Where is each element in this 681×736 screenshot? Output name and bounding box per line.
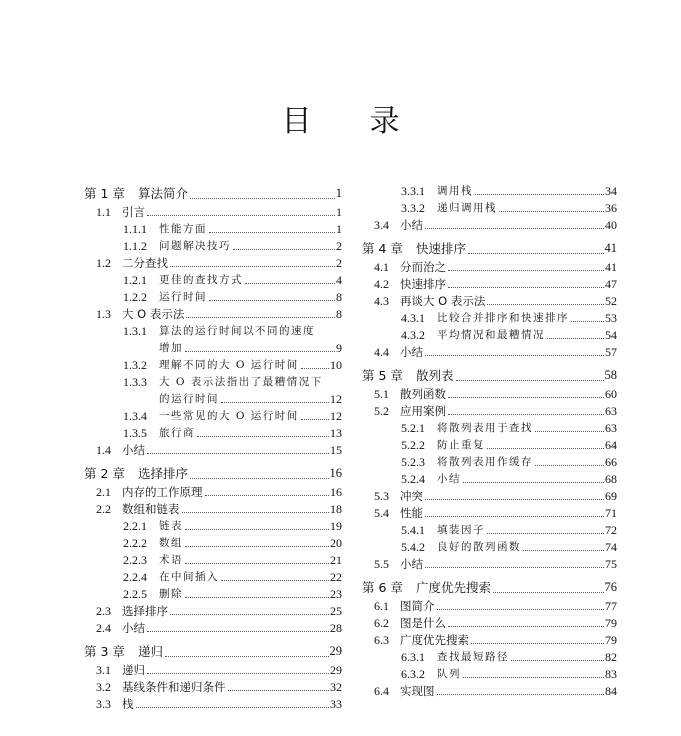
entry-title: 算法的运行时间以不同的速度 xyxy=(159,323,315,340)
page-number: 20 xyxy=(330,535,342,552)
page-number: 34 xyxy=(605,183,617,200)
toc-section[interactable]: 3.1递归29 xyxy=(84,662,342,679)
toc-subsection[interactable]: 3.3.2递归调用栈36 xyxy=(362,200,617,217)
toc-subsection[interactable]: 5.4.2良好的散列函数74 xyxy=(362,539,617,556)
entry-number: 1.3.1 xyxy=(84,323,159,340)
entry-number: 5.5 xyxy=(362,556,400,573)
entry-title: 查找最短路径 xyxy=(437,649,509,666)
entry-title: 再谈大 O 表示法 xyxy=(400,293,485,310)
page-number: 16 xyxy=(330,484,342,501)
entry-number: 1.1 xyxy=(84,204,122,221)
dot-leader xyxy=(425,228,604,229)
dot-leader xyxy=(190,198,335,199)
page-number: 74 xyxy=(605,539,617,556)
dot-leader xyxy=(463,677,604,678)
dot-leader xyxy=(511,660,604,661)
entry-title: 将散列表用于查找 xyxy=(437,420,533,437)
toc-section[interactable]: 3.2基线条件和递归条件32 xyxy=(84,679,342,696)
entry-title: 一些常见的大 O 运行时间 xyxy=(159,408,299,425)
entry-number: 第 5 章 xyxy=(362,365,416,386)
dot-leader xyxy=(487,533,604,534)
entry-title: 性能 xyxy=(400,505,423,522)
entry-title: 算法简介 xyxy=(138,183,188,204)
entry-number: 1.3.4 xyxy=(84,408,159,425)
dot-leader xyxy=(165,656,328,657)
entry-title: 良好的散列函数 xyxy=(437,539,521,556)
toc-subsection[interactable]: 2.2.4在中间插入22 xyxy=(84,569,342,586)
entry-number: 3.2 xyxy=(84,679,122,696)
page-number: 12 xyxy=(330,391,342,408)
dot-leader xyxy=(425,516,604,517)
dot-leader xyxy=(221,580,329,581)
page-number: 1 xyxy=(336,183,342,204)
dot-leader xyxy=(185,597,329,598)
dot-leader xyxy=(475,194,604,195)
entry-title-continued: 的运行时间 xyxy=(159,391,219,408)
toc-subsection[interactable]: 4.3.2平均情况和最糟情况54 xyxy=(362,327,617,344)
page-number: 52 xyxy=(605,293,617,310)
entry-number: 5.2.3 xyxy=(362,454,437,471)
toc-subsection[interactable]: 1.3.4一些常见的大 O 运行时间12 xyxy=(84,408,342,425)
toc-entry-line2[interactable]: 增加9 xyxy=(84,340,342,357)
entry-title: 散列函数 xyxy=(400,386,446,403)
entry-title: 快速排序 xyxy=(416,238,466,259)
toc-section[interactable]: 1.1引言1 xyxy=(84,204,342,221)
toc-subsection[interactable]: 2.2.3术语21 xyxy=(84,552,342,569)
entry-number: 1.3.3 xyxy=(84,374,159,391)
page-number: 41 xyxy=(605,259,617,276)
dot-leader xyxy=(301,368,329,369)
page-number: 66 xyxy=(605,454,617,471)
entry-number: 第 2 章 xyxy=(84,463,138,484)
entry-title: 理解不同的大 O 运行时间 xyxy=(159,357,299,374)
dot-leader xyxy=(487,448,604,449)
entry-number: 2.1 xyxy=(84,484,122,501)
toc-section[interactable]: 5.1散列函数60 xyxy=(362,386,617,403)
page-number: 40 xyxy=(605,217,617,234)
dot-leader xyxy=(147,673,329,674)
toc-section[interactable]: 3.3栈33 xyxy=(84,696,342,713)
page-number: 16 xyxy=(330,463,343,484)
page-number: 18 xyxy=(330,501,342,518)
dot-leader xyxy=(523,550,604,551)
entry-number: 5.4.1 xyxy=(362,522,437,539)
toc-section[interactable]: 1.3大 O 表示法8 xyxy=(84,306,342,323)
entry-number: 6.2 xyxy=(362,615,400,632)
dot-leader xyxy=(301,419,329,420)
toc-section[interactable]: 2.4小结28 xyxy=(84,620,342,637)
dot-leader xyxy=(448,626,604,627)
dot-leader xyxy=(493,592,603,593)
entry-title: 防止重复 xyxy=(437,437,485,454)
entry-title: 实现图 xyxy=(400,683,435,700)
dot-leader xyxy=(147,631,329,632)
entry-title: 运行时间 xyxy=(159,289,207,306)
toc-chapter[interactable]: 第 2 章选择排序16 xyxy=(84,463,342,484)
page-number: 9 xyxy=(336,340,342,357)
entry-number: 1.1.1 xyxy=(84,221,159,238)
toc-section[interactable]: 1.4小结15 xyxy=(84,442,342,459)
entry-title: 分而治之 xyxy=(400,259,446,276)
entry-title: 调用栈 xyxy=(437,183,473,200)
toc-subsection[interactable]: 1.3.2理解不同的大 O 运行时间10 xyxy=(84,357,342,374)
page-number: 84 xyxy=(605,683,617,700)
toc-section[interactable]: 5.4性能71 xyxy=(362,505,617,522)
toc-entry-line1[interactable]: 1.3.1算法的运行时间以不同的速度 xyxy=(84,323,342,340)
entry-title: 大 O 表示法指出了最糟情况下 xyxy=(159,374,323,391)
entry-title: 旅行商 xyxy=(159,425,195,442)
dot-leader xyxy=(185,529,329,530)
toc-subsection[interactable]: 1.2.2运行时间8 xyxy=(84,289,342,306)
dot-leader xyxy=(471,643,604,644)
toc-subsection[interactable]: 1.1.1性能方面1 xyxy=(84,221,342,238)
dot-leader xyxy=(209,232,335,233)
entry-title: 图简介 xyxy=(400,598,435,615)
page-number: 25 xyxy=(330,603,342,620)
dot-leader xyxy=(499,211,604,212)
entry-number: 6.4 xyxy=(362,683,400,700)
dot-leader xyxy=(185,351,335,352)
entry-title: 广度优先搜索 xyxy=(400,632,469,649)
entry-number: 4.1 xyxy=(362,259,400,276)
page-number: 69 xyxy=(605,488,617,505)
page-number: 60 xyxy=(605,386,617,403)
page-number: 33 xyxy=(330,696,342,713)
toc-subsection[interactable]: 2.2.2数组20 xyxy=(84,535,342,552)
page-number: 36 xyxy=(605,200,617,217)
dot-leader xyxy=(209,300,335,301)
dot-leader xyxy=(448,287,604,288)
dot-leader xyxy=(186,317,335,318)
entry-number: 1.2.2 xyxy=(84,289,159,306)
page-number: 13 xyxy=(330,425,342,442)
entry-number: 1.2 xyxy=(84,255,122,272)
entry-title: 栈 xyxy=(122,696,134,713)
entry-title: 冲突 xyxy=(400,488,423,505)
page-number: 82 xyxy=(605,649,617,666)
page-number: 21 xyxy=(330,552,342,569)
entry-title: 基线条件和递归条件 xyxy=(122,679,226,696)
page-number: 72 xyxy=(605,522,617,539)
page-number: 47 xyxy=(605,276,617,293)
toc-entry-line1[interactable]: 1.3.3大 O 表示法指出了最糟情况下 xyxy=(84,374,342,391)
toc-chapter[interactable]: 第 4 章快速排序41 xyxy=(362,238,617,259)
entry-number: 4.3 xyxy=(362,293,400,310)
toc-subsection[interactable]: 5.2.3将散列表用作缓存66 xyxy=(362,454,617,471)
toc-subsection[interactable]: 1.3.5旅行商13 xyxy=(84,425,342,442)
page-number: 1 xyxy=(336,221,342,238)
entry-number: 4.4 xyxy=(362,344,400,361)
dot-leader xyxy=(448,414,604,415)
page-number: 79 xyxy=(605,615,617,632)
entry-title: 小结 xyxy=(400,217,423,234)
entry-title: 选择排序 xyxy=(122,603,168,620)
page-number: 4 xyxy=(336,272,342,289)
dot-leader xyxy=(463,482,604,483)
entry-title: 比较合并排序和快速排序 xyxy=(437,310,569,327)
dot-leader xyxy=(170,266,335,267)
dot-leader xyxy=(190,478,328,479)
page-number: 2 xyxy=(336,255,342,272)
dot-leader xyxy=(136,707,330,708)
toc-subsection[interactable]: 5.4.1填装因子72 xyxy=(362,522,617,539)
page-number: 63 xyxy=(605,403,617,420)
toc-subsection[interactable]: 5.2.1将散列表用于查找63 xyxy=(362,420,617,437)
toc-subsection[interactable]: 1.1.2问题解决技巧2 xyxy=(84,238,342,255)
dot-leader xyxy=(425,355,604,356)
entry-number: 第 3 章 xyxy=(84,641,138,662)
toc-section[interactable]: 5.5小结75 xyxy=(362,556,617,573)
toc-section[interactable]: 1.2二分查找2 xyxy=(84,255,342,272)
page-number: 8 xyxy=(336,306,342,323)
entry-title: 填装因子 xyxy=(437,522,485,539)
page-number: 76 xyxy=(605,577,618,598)
page-number: 63 xyxy=(605,420,617,437)
toc-section[interactable]: 6.3广度优先搜索79 xyxy=(362,632,617,649)
toc-entry-line2[interactable]: 的运行时间12 xyxy=(84,391,342,408)
entry-title: 将散列表用作缓存 xyxy=(437,454,533,471)
page-number: 54 xyxy=(605,327,617,344)
entry-number: 1.3.5 xyxy=(84,425,159,442)
page-number: 68 xyxy=(605,471,617,488)
dot-leader xyxy=(182,512,330,513)
entry-title: 更佳的查找方式 xyxy=(159,272,243,289)
title-char-1: 目 xyxy=(282,96,312,140)
toc-right-column: 3.3.1调用栈343.3.2递归调用栈363.4小结40第 4 章快速排序41… xyxy=(362,183,617,700)
entry-number: 5.4.2 xyxy=(362,539,437,556)
dot-leader xyxy=(468,253,603,254)
dot-leader xyxy=(228,690,330,691)
page-number: 10 xyxy=(330,357,342,374)
entry-number: 6.3.1 xyxy=(362,649,437,666)
entry-number: 5.3 xyxy=(362,488,400,505)
toc-chapter[interactable]: 第 5 章散列表58 xyxy=(362,365,617,386)
entry-number: 2.3 xyxy=(84,603,122,620)
page-number: 29 xyxy=(330,662,342,679)
entry-title: 问题解决技巧 xyxy=(159,238,231,255)
dot-leader xyxy=(535,431,604,432)
entry-number: 2.2.4 xyxy=(84,569,159,586)
page-number: 23 xyxy=(330,586,342,603)
dot-leader xyxy=(170,614,329,615)
entry-title: 递归调用栈 xyxy=(437,200,497,217)
entry-number: 第 4 章 xyxy=(362,238,416,259)
toc-section[interactable]: 2.1内存的工作原理16 xyxy=(84,484,342,501)
entry-title: 广度优先搜索 xyxy=(416,577,491,598)
entry-title: 二分查找 xyxy=(122,255,168,272)
dot-leader xyxy=(448,397,604,398)
toc-section[interactable]: 4.3再谈大 O 表示法52 xyxy=(362,293,617,310)
toc-chapter[interactable]: 第 3 章递归29 xyxy=(84,641,342,662)
dot-leader xyxy=(185,563,329,564)
entry-number: 2.2.3 xyxy=(84,552,159,569)
page-number: 64 xyxy=(605,437,617,454)
dot-leader xyxy=(487,304,604,305)
entry-number: 2.2.2 xyxy=(84,535,159,552)
toc-section[interactable]: 5.2应用案例63 xyxy=(362,403,617,420)
entry-title: 小结 xyxy=(400,344,423,361)
dot-leader xyxy=(425,567,604,568)
entry-title: 平均情况和最糟情况 xyxy=(437,327,545,344)
toc-section[interactable]: 2.2数组和链表18 xyxy=(84,501,342,518)
entry-title: 大 O 表示法 xyxy=(122,306,184,323)
entry-number: 5.2.1 xyxy=(362,420,437,437)
entry-number: 2.4 xyxy=(84,620,122,637)
dot-leader xyxy=(535,465,604,466)
entry-title: 小结 xyxy=(400,556,423,573)
page-number: 75 xyxy=(605,556,617,573)
entry-number: 3.3.1 xyxy=(362,183,437,200)
entry-title: 链表 xyxy=(159,518,183,535)
entry-title: 小结 xyxy=(122,620,145,637)
page-number: 79 xyxy=(605,632,617,649)
dot-leader xyxy=(547,338,604,339)
entry-number: 4.3.2 xyxy=(362,327,437,344)
page-number: 77 xyxy=(605,598,617,615)
page-number: 58 xyxy=(605,365,618,386)
page-number: 32 xyxy=(330,679,342,696)
entry-number: 1.3.2 xyxy=(84,357,159,374)
entry-number: 1.3 xyxy=(84,306,122,323)
entry-title: 内存的工作原理 xyxy=(122,484,203,501)
toc-section[interactable]: 6.2图是什么79 xyxy=(362,615,617,632)
dot-leader xyxy=(571,321,604,322)
toc-chapter[interactable]: 第 6 章广度优先搜索76 xyxy=(362,577,617,598)
entry-title: 在中间插入 xyxy=(159,569,219,586)
entry-number: 第 6 章 xyxy=(362,577,416,598)
page-number: 28 xyxy=(330,620,342,637)
page-number: 1 xyxy=(336,204,342,221)
dot-leader xyxy=(147,453,329,454)
toc-section[interactable]: 4.4小结57 xyxy=(362,344,617,361)
dot-leader xyxy=(425,499,604,500)
entry-title: 快速排序 xyxy=(400,276,446,293)
page-number: 15 xyxy=(330,442,342,459)
entry-number: 6.1 xyxy=(362,598,400,615)
entry-title: 队列 xyxy=(437,666,461,683)
entry-number: 3.3 xyxy=(84,696,122,713)
page-number: 22 xyxy=(330,569,342,586)
entry-title: 小结 xyxy=(437,471,461,488)
dot-leader xyxy=(456,380,604,381)
entry-number: 5.2.4 xyxy=(362,471,437,488)
toc-subsection[interactable]: 6.3.2队列83 xyxy=(362,666,617,683)
entry-title: 递归 xyxy=(122,662,145,679)
entry-number: 2.2 xyxy=(84,501,122,518)
entry-title: 小结 xyxy=(122,442,145,459)
toc-section[interactable]: 2.3选择排序25 xyxy=(84,603,342,620)
entry-number: 6.3 xyxy=(362,632,400,649)
entry-number: 4.3.1 xyxy=(362,310,437,327)
entry-title: 图是什么 xyxy=(400,615,446,632)
entry-title: 数组和链表 xyxy=(122,501,180,518)
dot-leader xyxy=(233,249,335,250)
entry-title: 术语 xyxy=(159,552,183,569)
entry-number: 4.2 xyxy=(362,276,400,293)
toc-section[interactable]: 4.1分而治之41 xyxy=(362,259,617,276)
dot-leader xyxy=(205,495,330,496)
toc-subsection[interactable]: 5.2.2防止重复64 xyxy=(362,437,617,454)
dot-leader xyxy=(221,402,329,403)
entry-title-continued: 增加 xyxy=(159,340,183,357)
entry-number: 2.2.5 xyxy=(84,586,159,603)
dot-leader xyxy=(197,436,329,437)
entry-title: 散列表 xyxy=(416,365,454,386)
page-number: 83 xyxy=(605,666,617,683)
entry-number: 5.2.2 xyxy=(362,437,437,454)
toc-subsection[interactable]: 2.2.5删除23 xyxy=(84,586,342,603)
title-char-2: 录 xyxy=(370,96,400,140)
entry-title: 应用案例 xyxy=(400,403,446,420)
entry-number: 5.2 xyxy=(362,403,400,420)
toc-subsection[interactable]: 4.3.1比较合并排序和快速排序53 xyxy=(362,310,617,327)
page-number: 19 xyxy=(330,518,342,535)
toc-section[interactable]: 6.4实现图84 xyxy=(362,683,617,700)
toc-subsection[interactable]: 6.3.1查找最短路径82 xyxy=(362,649,617,666)
entry-number: 1.4 xyxy=(84,442,122,459)
entry-number: 1.1.2 xyxy=(84,238,159,255)
toc-chapter[interactable]: 第 1 章算法简介1 xyxy=(84,183,342,204)
toc-left-column: 第 1 章算法简介11.1引言11.1.1性能方面11.1.2问题解决技巧21.… xyxy=(84,183,342,713)
toc-subsection[interactable]: 3.3.1调用栈34 xyxy=(362,183,617,200)
dot-leader xyxy=(448,270,604,271)
entry-number: 3.1 xyxy=(84,662,122,679)
toc-section[interactable]: 5.3冲突69 xyxy=(362,488,617,505)
page-number: 57 xyxy=(605,344,617,361)
entry-number: 3.3.2 xyxy=(362,200,437,217)
entry-title: 递归 xyxy=(138,641,163,662)
entry-title: 性能方面 xyxy=(159,221,207,238)
entry-number: 5.4 xyxy=(362,505,400,522)
entry-title: 删除 xyxy=(159,586,183,603)
entry-number: 第 1 章 xyxy=(84,183,138,204)
entry-title: 选择排序 xyxy=(138,463,188,484)
entry-number: 3.4 xyxy=(362,217,400,234)
entry-number: 1.2.1 xyxy=(84,272,159,289)
dot-leader xyxy=(437,694,605,695)
entry-number: 2.2.1 xyxy=(84,518,159,535)
dot-leader xyxy=(245,283,335,284)
toc-subsection[interactable]: 1.2.1更佳的查找方式4 xyxy=(84,272,342,289)
toc-subsection[interactable]: 2.2.1链表19 xyxy=(84,518,342,535)
page-title: 目录 xyxy=(0,96,681,140)
page-number: 2 xyxy=(336,238,342,255)
page-number: 53 xyxy=(605,310,617,327)
dot-leader xyxy=(185,546,329,547)
entry-number: 6.3.2 xyxy=(362,666,437,683)
page-number: 41 xyxy=(605,238,618,259)
toc-subsection[interactable]: 5.2.4小结68 xyxy=(362,471,617,488)
toc-section[interactable]: 4.2快速排序47 xyxy=(362,276,617,293)
entry-number: 5.1 xyxy=(362,386,400,403)
dot-leader xyxy=(147,215,335,216)
page-number: 8 xyxy=(336,289,342,306)
dot-leader xyxy=(437,609,605,610)
page-number: 71 xyxy=(605,505,617,522)
page-number: 29 xyxy=(330,641,343,662)
entry-title: 数组 xyxy=(159,535,183,552)
entry-title: 引言 xyxy=(122,204,145,221)
toc-section[interactable]: 6.1图简介77 xyxy=(362,598,617,615)
page-number: 12 xyxy=(330,408,342,425)
toc-section[interactable]: 3.4小结40 xyxy=(362,217,617,234)
